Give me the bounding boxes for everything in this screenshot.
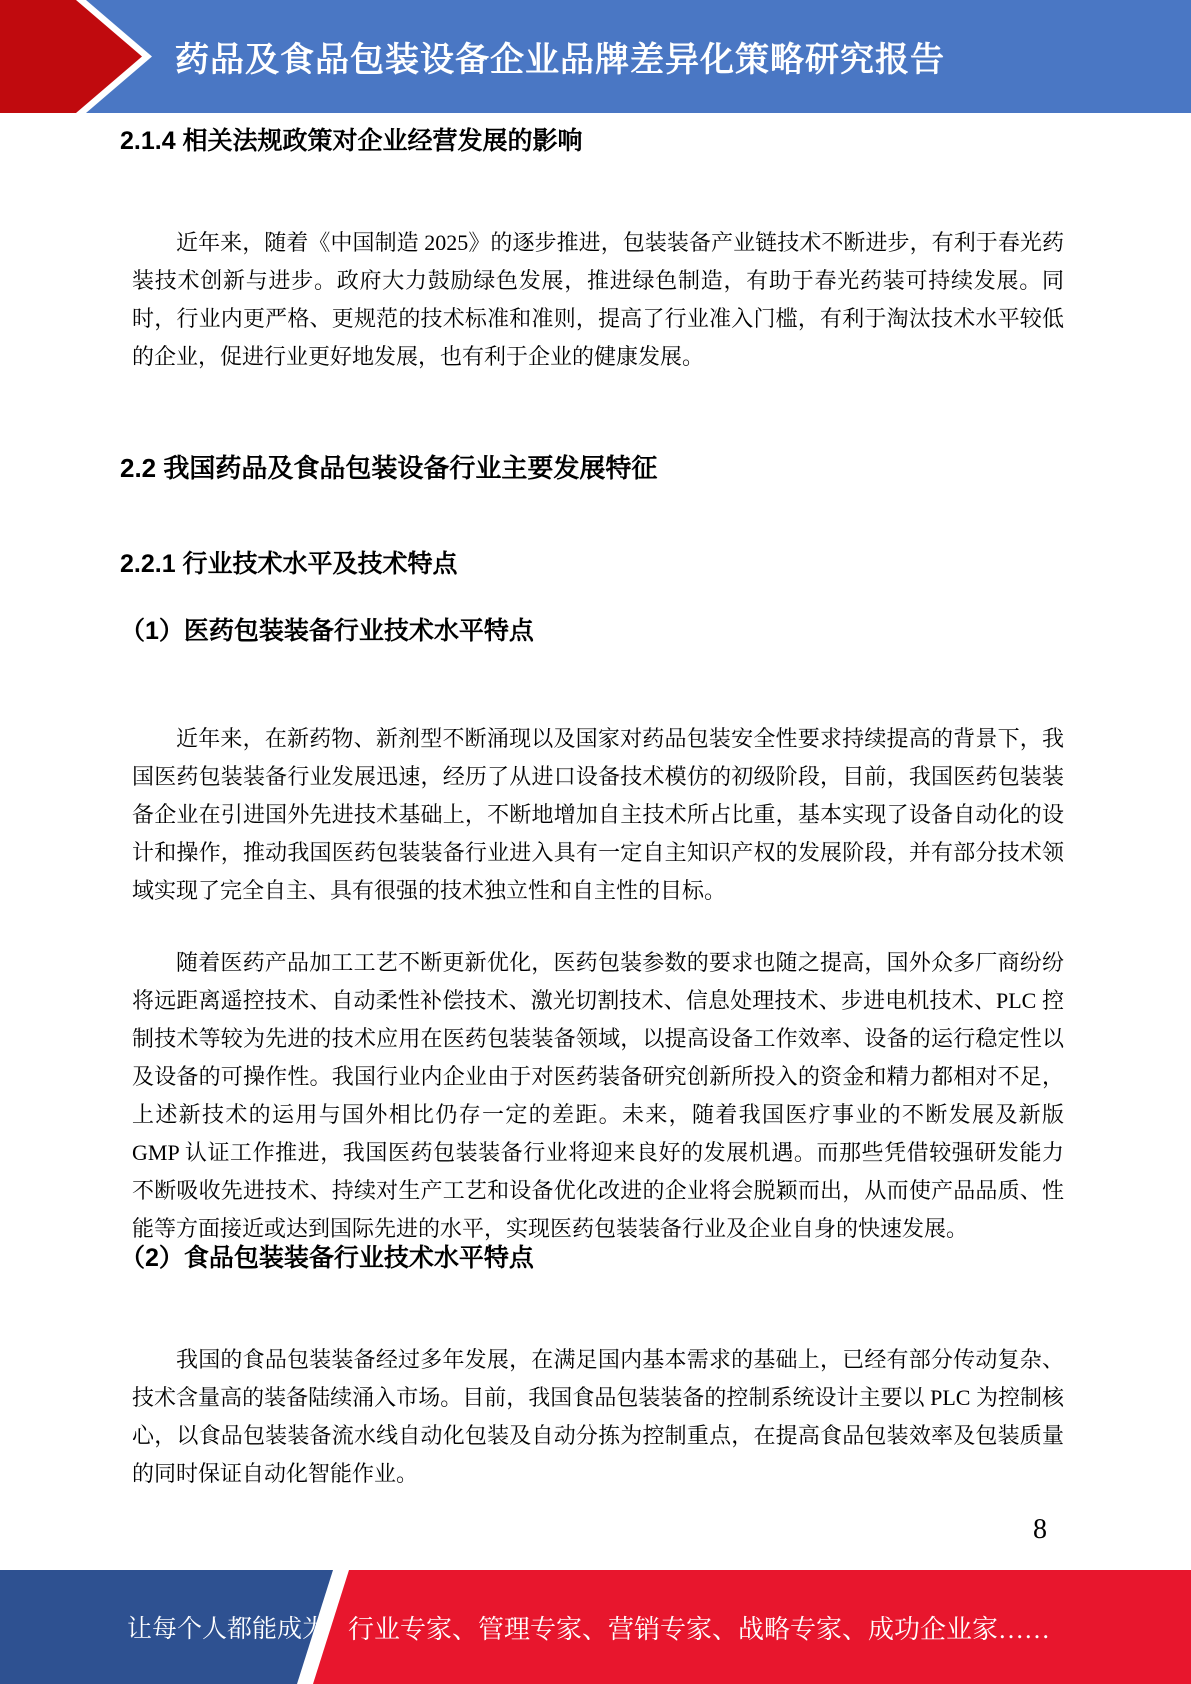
section-heading-2-2-1: 2.2.1 行业技术水平及技术特点: [120, 549, 458, 580]
subsection-heading-food-tech: （2）食品包装装备行业技术水平特点: [120, 1243, 534, 1274]
paragraph-pharma-tech-1: 近年来，在新药物、新剂型不断涌现以及国家对药品包装安全性要求持续提高的背景下，我…: [132, 720, 1064, 910]
paragraph-regulation-impact: 近年来，随着《中国制造 2025》的逐步推进，包装装备产业链技术不断进步，有利于…: [132, 224, 1064, 376]
paragraph-pharma-tech-2: 随着医药产品加工工艺不断更新优化，医药包装参数的要求也随之提高，国外众多厂商纷纷…: [132, 944, 1064, 1248]
chevron-arrow-icon: [0, 0, 160, 113]
footer-slogan-right: 行业专家、管理专家、营销专家、战略专家、成功企业家……: [348, 1570, 1050, 1684]
report-page: 药品及食品包装设备企业品牌差异化策略研究报告 2.1.4 相关法规政策对企业经营…: [0, 0, 1191, 1684]
page-number: 8: [1033, 1514, 1047, 1546]
report-title: 药品及食品包装设备企业品牌差异化策略研究报告: [150, 0, 970, 113]
report-header: 药品及食品包装设备企业品牌差异化策略研究报告: [0, 0, 1191, 113]
page-footer: 让每个人都能成为 行业专家、管理专家、营销专家、战略专家、成功企业家……: [0, 1570, 1191, 1684]
section-heading-2-2: 2.2 我国药品及食品包装设备行业主要发展特征: [120, 452, 657, 485]
footer-slogan-left: 让每个人都能成为: [127, 1570, 327, 1684]
paragraph-food-tech: 我国的食品包装装备经过多年发展，在满足国内基本需求的基础上，已经有部分传动复杂、…: [132, 1341, 1064, 1493]
subsection-heading-pharma-tech: （1）医药包装装备行业技术水平特点: [120, 616, 534, 647]
section-heading-2-1-4: 2.1.4 相关法规政策对企业经营发展的影响: [120, 126, 583, 157]
